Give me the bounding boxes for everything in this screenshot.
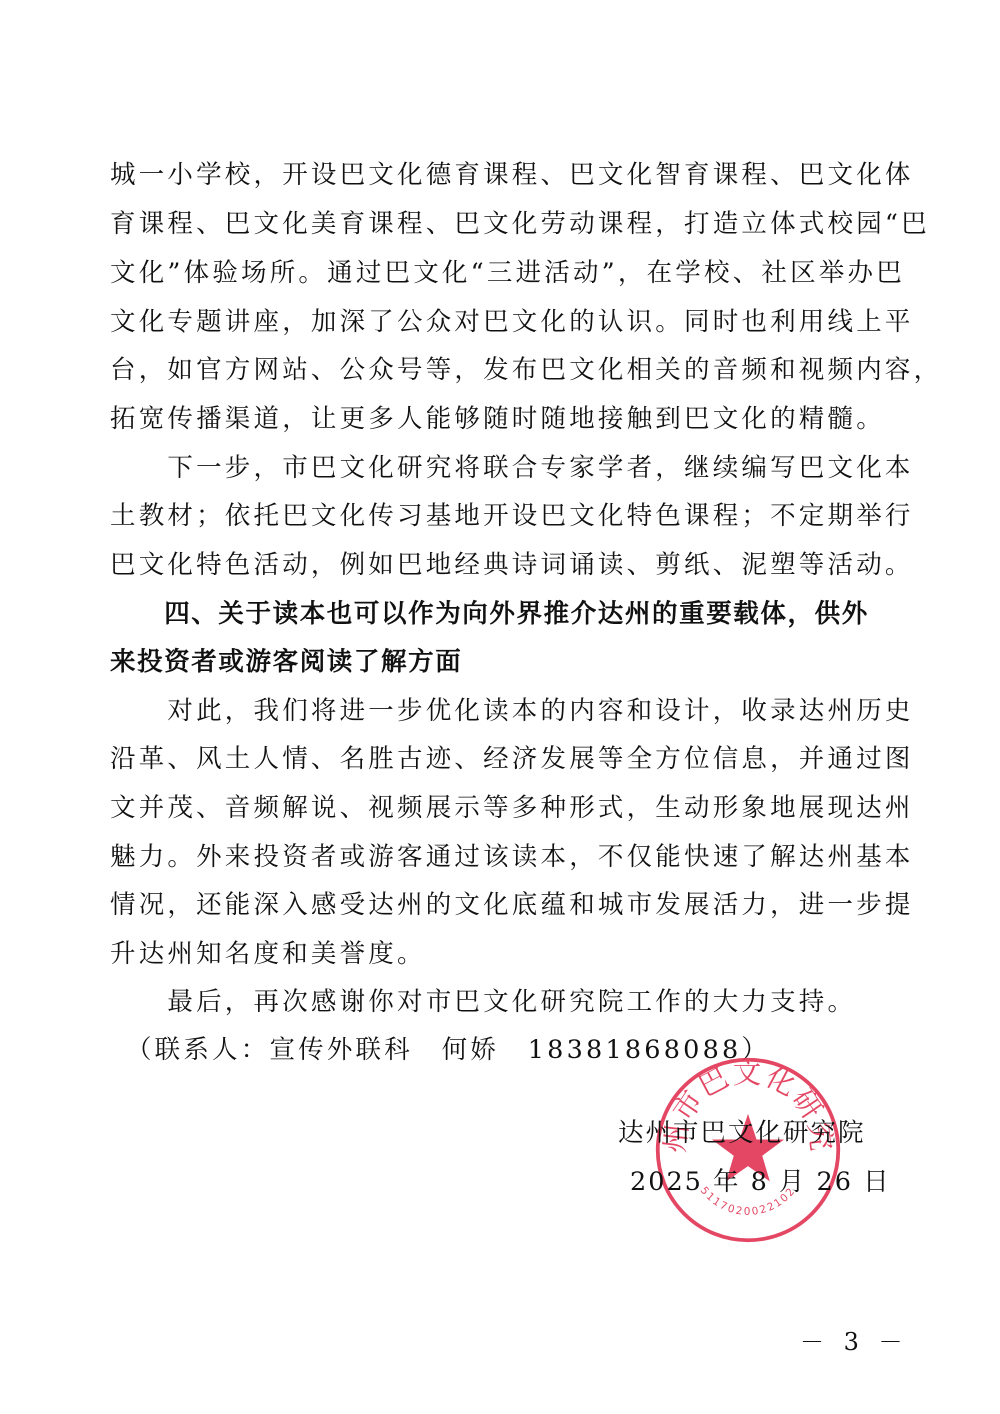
body-line: 巴文化特色活动，例如巴地经典诗词诵读、剪纸、泥塑等活动。 bbox=[110, 547, 880, 583]
page-number: － 3 － bbox=[800, 1322, 909, 1357]
body-line: 城一小学校，开设巴文化德育课程、巴文化智育课程、巴文化体 bbox=[110, 157, 880, 193]
body-line: 文化”体验场所。通过巴文化“三进活动”，在学校、社区举办巴 bbox=[110, 255, 880, 291]
body-line: 拓宽传播渠道，让更多人能够随时随地接触到巴文化的精髓。 bbox=[110, 401, 880, 437]
body-line: 沿革、风土人情、名胜古迹、经济发展等全方位信息，并通过图 bbox=[110, 741, 880, 777]
body-line: 文并茂、音频解说、视频展示等多种形式，生动形象地展现达州 bbox=[110, 790, 880, 826]
body-line: 对此，我们将进一步优化读本的内容和设计，收录达州历史 bbox=[110, 693, 880, 729]
closing-line: 最后，再次感谢你对市巴文化研究院工作的大力支持。 bbox=[110, 984, 880, 1020]
signature-date: 2025 年 8 月 26 日 bbox=[630, 1162, 891, 1198]
body-line: 魅力。外来投资者或游客通过该读本，不仅能快速了解达州基本 bbox=[110, 839, 880, 875]
document-page: 城一小学校，开设巴文化德育课程、巴文化智育课程、巴文化体 育课程、巴文化美育课程… bbox=[0, 0, 1000, 1414]
body-line: 土教材；依托巴文化传习基地开设巴文化特色课程；不定期举行 bbox=[110, 498, 880, 534]
official-seal-icon: 达州市巴文化研究院 5117020022102 bbox=[653, 1055, 843, 1245]
body-line: 台，如官方网站、公众号等，发布巴文化相关的音频和视频内容， bbox=[110, 352, 880, 388]
body-line: 育课程、巴文化美育课程、巴文化劳动课程，打造立体式校园“巴 bbox=[110, 206, 880, 242]
section-heading: 来投资者或游客阅读了解方面 bbox=[110, 644, 880, 680]
body-line: 升达州知名度和美誉度。 bbox=[110, 936, 880, 972]
body-line: 情况，还能深入感受达州的文化底蕴和城市发展活力，进一步提 bbox=[110, 887, 880, 923]
signature-org: 达州市巴文化研究院 bbox=[618, 1113, 866, 1149]
body-line: 文化专题讲座，加深了公众对巴文化的认识。同时也利用线上平 bbox=[110, 304, 880, 340]
body-line: 下一步，市巴文化研究将联合专家学者，继续编写巴文化本 bbox=[110, 450, 880, 486]
section-heading: 四、关于读本也可以作为向外界推介达州的重要载体，供外 bbox=[110, 596, 880, 632]
